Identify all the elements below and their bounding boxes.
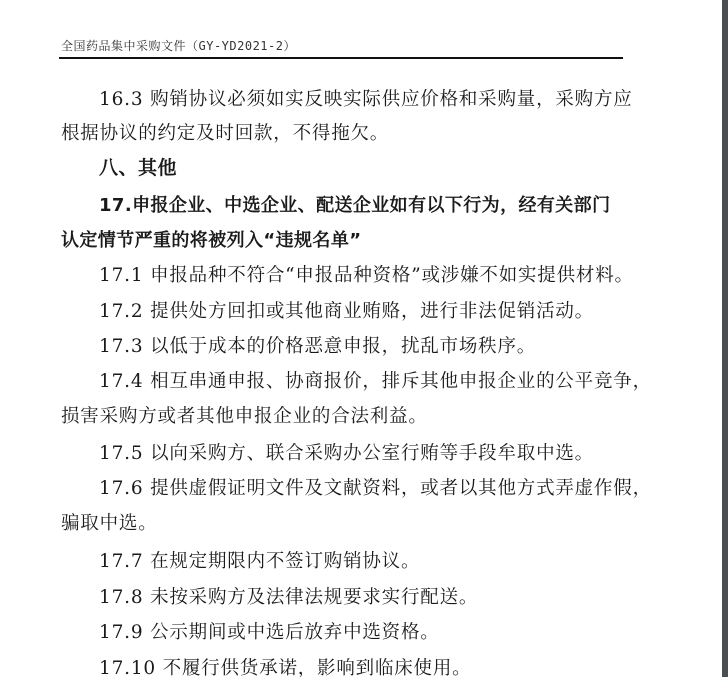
text-line: 17.9 公示期间或中选后放弃中选资格。 xyxy=(99,621,440,645)
text-line: 根据协议的约定及时回款，不得拖欠。 xyxy=(61,122,389,146)
text-line: 骗取中选。 xyxy=(61,512,158,536)
text-line: 16.3 购销协议必须如实反映实际供应价格和采购量，采购方应 xyxy=(99,88,633,112)
header-rule xyxy=(59,57,623,59)
text-line: 17.3 以低于成本的价格恶意申报，扰乱市场秩序。 xyxy=(99,335,536,359)
text-line: 损害采购方或者其他申报企业的合法利益。 xyxy=(61,405,428,429)
text-line: 17.2 提供处方回扣或其他商业贿赂，进行非法促销活动。 xyxy=(99,300,594,324)
text-line: 17.申报企业、中选企业、配送企业如有以下行为，经有关部门 xyxy=(99,194,610,218)
text-line: 17.6 提供虚假证明文件及文献资料，或者以其他方式弄虚作假， xyxy=(99,477,652,501)
text-line: 17.7 在规定期限内不签订购销协议。 xyxy=(99,550,420,574)
text-line: 17.8 未按采购方及法律法规要求实行配送。 xyxy=(99,586,478,610)
text-line: 认定情节严重的将被列入“违规名单” xyxy=(61,229,361,253)
text-line: 17.10 不履行供货承诺，影响到临床使用。 xyxy=(99,657,471,677)
document-viewport: 全国药品集中采购文件（GY-YD2021-2） 16.3 购销协议必须如实反映实… xyxy=(0,0,728,677)
text-line: 17.1 申报品种不符合“申报品种资格”或涉嫌不如实提供材料。 xyxy=(99,264,634,288)
viewer-scrollbar-edge[interactable] xyxy=(722,0,728,677)
text-line: 17.4 相互串通申报、协商报价，排斥其他申报企业的公平竞争， xyxy=(99,370,652,394)
running-header: 全国药品集中采购文件（GY-YD2021-2） xyxy=(61,37,296,54)
section-heading: 八、其他 xyxy=(99,156,177,180)
text-line: 17.5 以向采购方、联合采购办公室行贿等手段牟取中选。 xyxy=(99,442,594,466)
document-page: 全国药品集中采购文件（GY-YD2021-2） 16.3 购销协议必须如实反映实… xyxy=(0,0,722,677)
